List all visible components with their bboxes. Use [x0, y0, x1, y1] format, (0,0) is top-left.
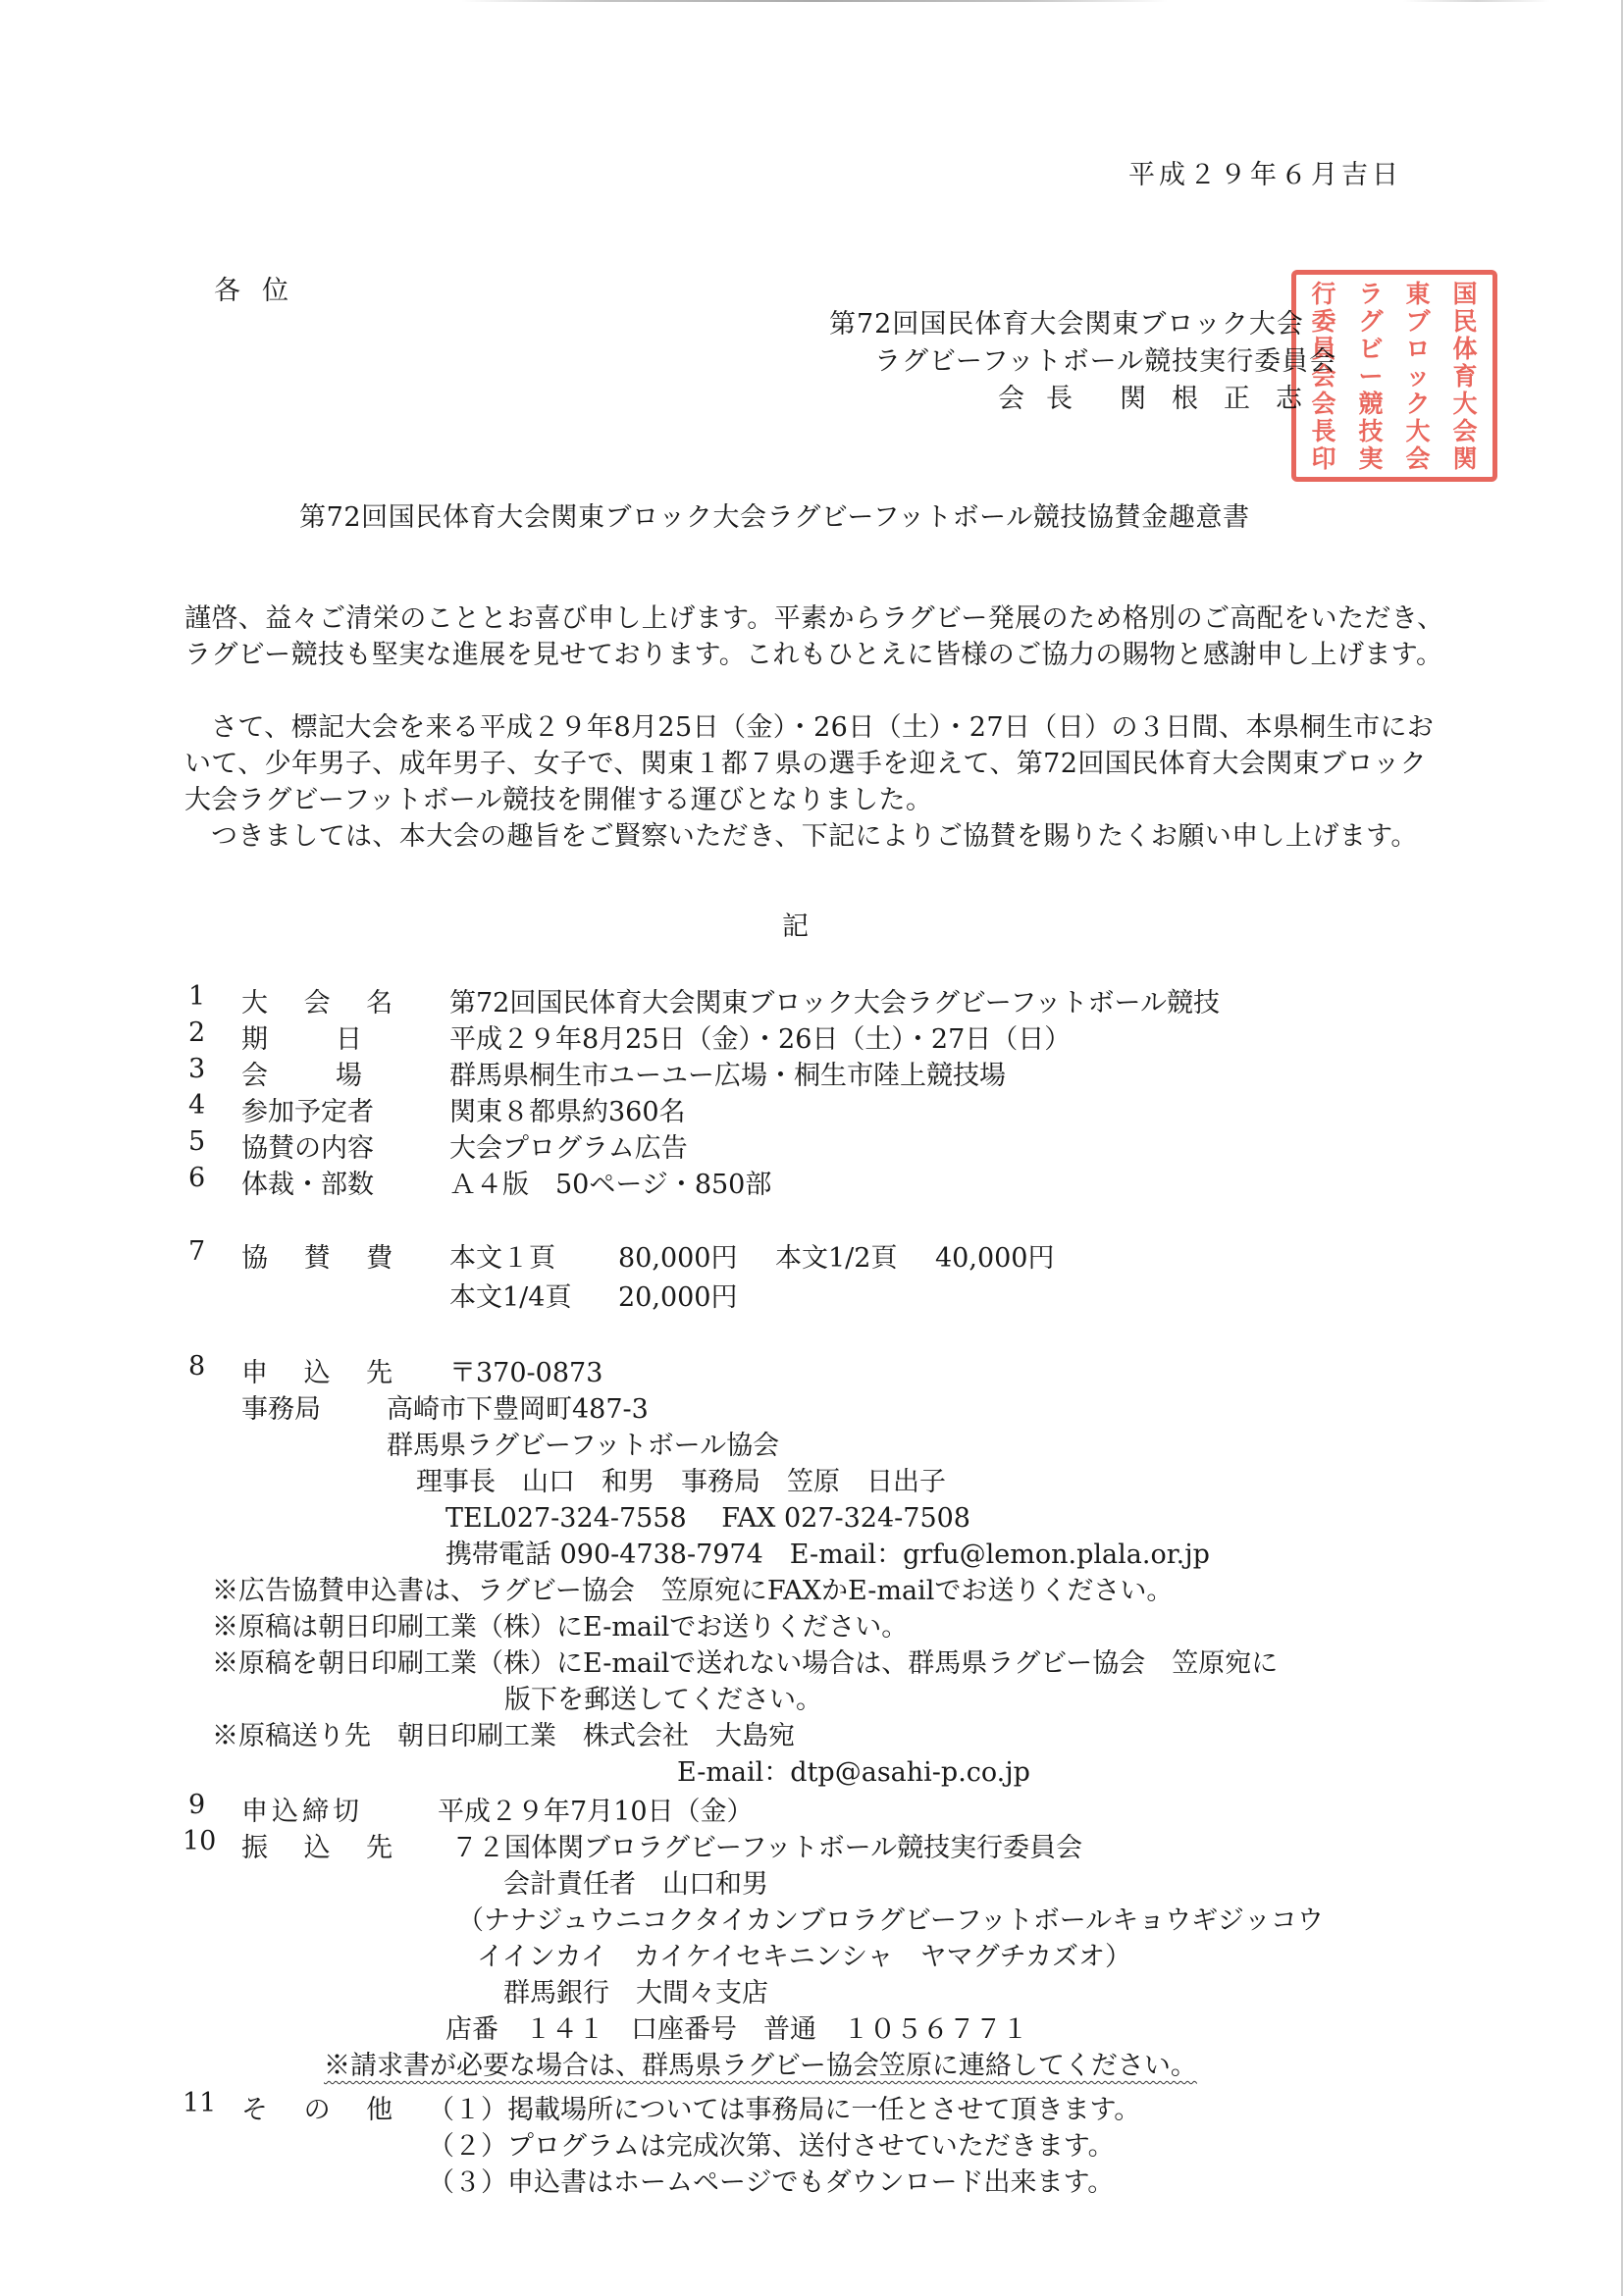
item-number: 7 [188, 1236, 205, 1267]
item-label: 協 賛 費 [241, 1236, 406, 1275]
item-value-event-name: 第72回国民体育大会関東ブロック大会ラグビーフットボール競技 [449, 981, 1220, 1019]
sender-organization-line1: 第72回国民体育大会関東ブロック大会 [829, 302, 1304, 340]
ki-heading: 記 [782, 905, 809, 943]
seal-column: 行 委 員 会 会 長 印 [1301, 281, 1346, 471]
office-mobile-email: 携帯電話 090-4738-7974 E-mail：grfu@lemon.pla… [445, 1533, 1210, 1571]
sender-organization-line2: ラグビーフットボール競技実行委員会 [874, 339, 1336, 378]
item-number: 9 [188, 1790, 205, 1820]
fee-name: 本文1/4頁 [449, 1276, 571, 1314]
sender-role: 会長 [998, 384, 1094, 414]
item-value-venue: 群馬県桐生市ユーユー広場・桐生市陸上競技場 [449, 1054, 1006, 1092]
scan-artifact [461, 0, 1168, 2]
sender-signatory: 会長関根正志 [998, 377, 1328, 415]
office-organization: 群馬県ラグビーフットボール協会 [387, 1424, 779, 1462]
fee-price: 20,000円 [618, 1276, 737, 1314]
scan-artifact [1403, 0, 1550, 2]
transfer-kana-line1: （ナナジュウニコクタイカンブロラグビーフットボールキョウギジッコウ [457, 1899, 1324, 1937]
item-label: 振 込 先 [241, 1826, 406, 1864]
note-manuscript-mail-cont: 版下を郵送してください。 [504, 1678, 822, 1716]
other-item: （２）プログラムは完成次第、送付させていただきます。 [428, 2124, 1115, 2163]
office-tel-fax: TEL027-324-7558 FAX 027-324-7508 [445, 1496, 970, 1535]
office-label: 事務局 [241, 1387, 321, 1426]
body-paragraph-greeting: 謹啓、益々ご清栄のこととお喜び申し上げます。平素からラグビー発展のため格別のご高… [184, 600, 1450, 673]
item-label: 参加予定者 [241, 1090, 374, 1128]
body-paragraph-event: さて、標記大会を来る平成２９年8月25日（金）・26日（土）・27日（日）の３日… [184, 709, 1450, 818]
item-number: 3 [188, 1054, 205, 1084]
item-value-participants: 関東８都県約360名 [449, 1090, 686, 1128]
transfer-treasurer: 会計責任者 山口和男 [503, 1862, 768, 1901]
office-contacts: 理事長 山口 和男 事務局 笠原 日出子 [416, 1460, 946, 1498]
seal-column: ラ グ ビ ー 競 技 実 [1348, 281, 1393, 471]
item-number: 11 [183, 2088, 216, 2118]
item-number: 6 [188, 1163, 205, 1193]
item-value-format: Ａ４版 50ページ・850部 [449, 1163, 771, 1201]
item-label: 期 日 [241, 1018, 367, 1056]
office-address: 高崎市下豊岡町487-3 [387, 1387, 649, 1426]
note-manuscript-mail: ※原稿を朝日印刷工業（株）にE-mailで送れない場合は、群馬県ラグビー協会 笠… [212, 1642, 1278, 1680]
item-label: 申込締切 [241, 1790, 363, 1828]
fee-name: 本文1/2頁 [775, 1236, 897, 1275]
item-label: 申 込 先 [241, 1351, 406, 1389]
transfer-branch-account: 店番 １４１ 口座番号 普通 １０５６７７１ [445, 2008, 1028, 2046]
fee-price: 40,000円 [935, 1236, 1054, 1275]
item-value-dates: 平成２９年8月25日（金）・26日（土）・27日（日） [449, 1018, 1071, 1056]
transfer-account-name: ７２国体関ブロラグビーフットボール競技実行委員会 [451, 1826, 1082, 1864]
document-title: 第72回国民体育大会関東ブロック大会ラグビーフットボール競技協賛金趣意書 [299, 496, 1250, 534]
invoice-note: ※請求書が必要な場合は、群馬県ラグビー協会笠原に連絡してください。 [324, 2044, 1197, 2082]
item-label: 会 場 [241, 1054, 367, 1092]
postal-code: 〒370-0873 [449, 1351, 602, 1389]
item-number: 10 [183, 1826, 216, 1856]
seal-column: 東 ブ ロ ッ ク 大 会 [1395, 281, 1440, 471]
transfer-bank: 群馬銀行 大間々支店 [503, 1971, 768, 2009]
body-paragraph-request: つきましては、本大会の趣旨をご賢察いただき、下記によりご協賛を賜りたくお願い申し… [184, 818, 1450, 855]
item-number: 2 [188, 1018, 205, 1048]
item-label: 協賛の内容 [241, 1126, 374, 1165]
item-number: 5 [188, 1126, 205, 1157]
transfer-kana-line2: イインカイ カイケイセキニンシャ ヤマグチカズオ） [477, 1935, 1131, 1973]
deadline-value: 平成２９年7月10日（金） [438, 1790, 754, 1828]
official-seal-stamp: 国 民 体 育 大 会 関 東 ブ ロ ッ ク 大 会 ラ グ ビ ー 競 技 … [1291, 270, 1497, 482]
other-item: （１）掲載場所については事務局に一任とさせて頂きます。 [428, 2088, 1140, 2126]
document-date: 平成２９年６月吉日 [1128, 153, 1402, 191]
seal-column: 国 民 体 育 大 会 関 [1442, 281, 1488, 471]
item-label: そ の 他 [241, 2088, 406, 2126]
note-destination-email: E-mail：dtp@asahi-p.co.jp [677, 1750, 1030, 1789]
item-number: 8 [188, 1351, 205, 1382]
other-item: （３）申込書はホームページでもダウンロード出来ます。 [428, 2161, 1114, 2199]
addressee: 各位 [214, 269, 310, 307]
item-number: 4 [188, 1090, 205, 1121]
item-value-sponsorship: 大会プログラム広告 [449, 1126, 688, 1165]
fee-price: 80,000円 [618, 1236, 737, 1275]
note-application-submission: ※広告協賛申込書は、ラグビー協会 笠原宛にFAXかE-mailでお送りください。 [212, 1569, 1173, 1607]
note-manuscript-email: ※原稿は朝日印刷工業（株）にE-mailでお送りください。 [212, 1605, 908, 1644]
fee-name: 本文１頁 [449, 1236, 555, 1275]
item-label: 体裁・部数 [241, 1163, 374, 1201]
note-manuscript-destination: ※原稿送り先 朝日印刷工業 株式会社 大島宛 [212, 1714, 795, 1752]
item-label: 大 会 名 [241, 981, 406, 1019]
item-number: 1 [188, 981, 205, 1012]
